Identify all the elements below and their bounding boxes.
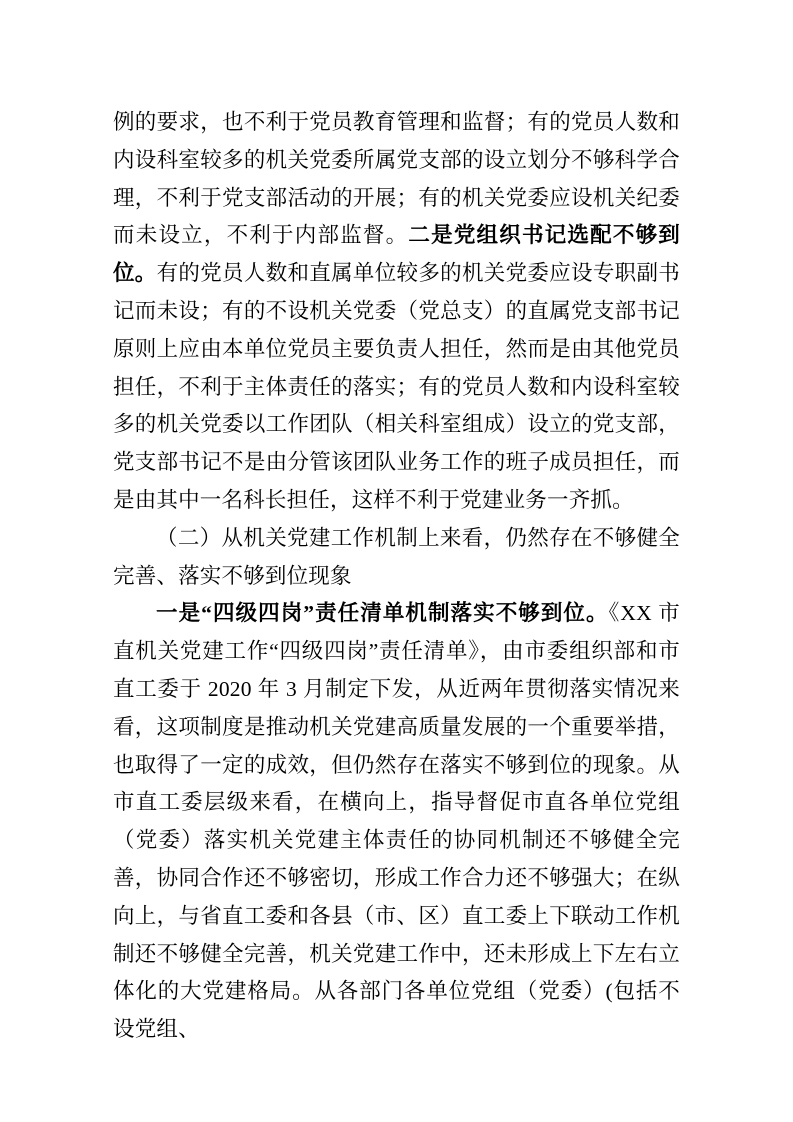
document-page: 例的要求，也不利于党员教育管理和监督；有的党员人数和内设科室较多的机关党委所属党… bbox=[0, 0, 793, 1122]
section-heading-two: （二）从机关党建工作机制上来看，仍然存在不够健全完善、落实不够到位现象 bbox=[113, 520, 680, 596]
document-body: 例的要求，也不利于党员教育管理和监督；有的党员人数和内设科室较多的机关党委所属党… bbox=[0, 0, 793, 1049]
text-run: 《XX 市直机关党建工作“四级四岗”责任清单》，由市委组织部和市直工委于 202… bbox=[113, 601, 680, 1041]
paragraph-point-one: 一是“四级四岗”责任清单机制落实不够到位。《XX 市直机关党建工作“四级四岗”责… bbox=[113, 595, 680, 1049]
bold-lead-phrase-one: 一是“四级四岗”责任清单机制落实不够到位。 bbox=[156, 601, 609, 625]
paragraph-continuation: 例的要求，也不利于党员教育管理和监督；有的党员人数和内设科室较多的机关党委所属党… bbox=[113, 104, 680, 520]
text-run: 有的党员人数和直属单位较多的机关党委应设专职副书记而未设；有的不设机关党委（党总… bbox=[113, 261, 680, 512]
section-heading-text: （二）从机关党建工作机制上来看，仍然存在不够健全完善、落实不够到位现象 bbox=[113, 526, 680, 588]
